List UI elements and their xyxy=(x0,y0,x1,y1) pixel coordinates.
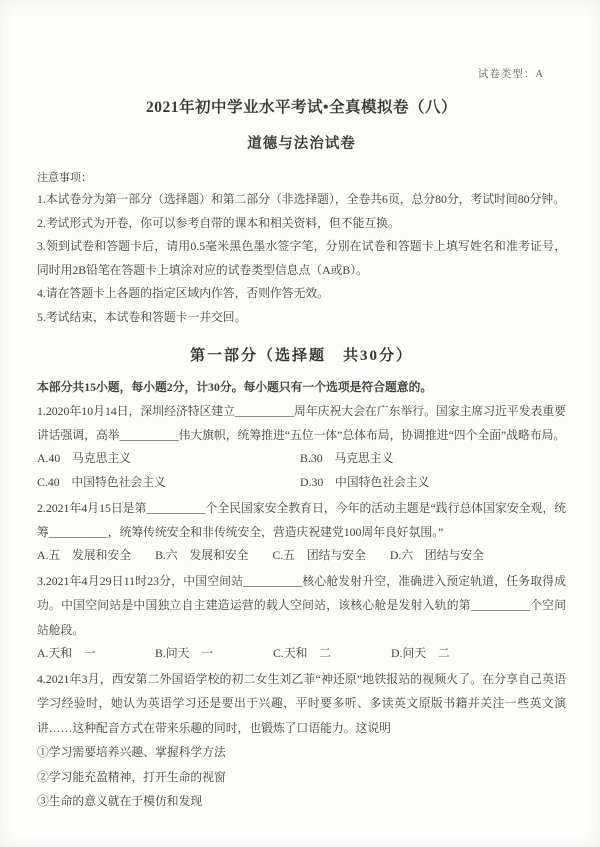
notice-heading: 注意事项： xyxy=(37,168,566,188)
notice-item-5: 5.考试结束，本试卷和答题卡一并交回。 xyxy=(37,306,566,330)
notice-item-2: 2.考试形式为开卷，你可以参考自带的课本和相关资料，但不能互换。 xyxy=(37,212,566,236)
question-2-option-a: A.五 发展和安全 xyxy=(37,544,131,568)
question-1-option-a: A.40 马克思主义 xyxy=(37,447,300,471)
section-note: 本部分共15小题，每小题2分，计30分。每小题只有一个选项是符合题意的。 xyxy=(37,376,566,398)
question-1-options: A.40 马克思主义 B.30 马克思主义 C.40 中国特色社会主义 D.30… xyxy=(37,447,566,494)
question-3-option-c: C.天和 二 xyxy=(273,642,391,666)
question-3-option-d: D.问天 二 xyxy=(391,642,509,666)
question-2-option-b: B.六 发展和安全 xyxy=(155,544,248,568)
question-4-stem: 4.2021年3月，西安第二外国语学校的初二女生刘乙菲“神还原”地铁报站的视频火… xyxy=(37,667,566,740)
notice-item-4: 4.请在答题卡上各题的指定区域内作答，否则作答无效。 xyxy=(37,282,566,306)
question-1-option-c: C.40 中国特色社会主义 xyxy=(37,471,300,495)
question-1-option-d: D.30 中国特色社会主义 xyxy=(300,471,566,495)
exam-paper-page: 试卷类型：A 2021年初中学业水平考试•全真模拟卷（八） 道德与法治试卷 注意… xyxy=(0,0,600,847)
question-3-options: A.天和 一 B.问天 一 C.天和 二 D.问天 二 xyxy=(37,642,566,666)
question-1-stem: 1.2020年10月14日，深圳经济特区建立__________周年庆祝大会在广… xyxy=(37,399,566,448)
question-4-subitem-2: ②学习能充盈精神，打开生命的视窗 xyxy=(37,765,566,790)
question-2-stem: 2.2021年4月15日是第__________个全民国家安全教育日，今年的活动… xyxy=(37,496,566,545)
question-2-options: A.五 发展和安全 B.六 发展和安全 C.五 团结与安全 D.六 团结与安全 xyxy=(37,544,566,568)
notice-item-1: 1.本试卷分为第一部分（选择题）和第二部分（非选择题），全卷共6页，总分80分，… xyxy=(37,188,566,212)
question-4-subitem-3: ③生命的意义就在于模仿和发现 xyxy=(37,789,566,814)
question-3-stem: 3.2021年4月29日11时23分，中国空间站__________核心舱发射升… xyxy=(37,569,566,642)
question-1-option-b: B.30 马克思主义 xyxy=(300,447,566,471)
notice-item-3: 3.领到试卷和答题卡后，请用0.5毫米黑色墨水签字笔，分别在试卷和答题卡上填写姓… xyxy=(37,235,566,282)
exam-subtitle: 道德与法治试卷 xyxy=(37,132,566,153)
question-2-option-d: D.六 团结与安全 xyxy=(390,544,484,568)
exam-title: 2021年初中学业水平考试•全真模拟卷（八） xyxy=(37,95,566,117)
question-3-option-b: B.问天 一 xyxy=(155,642,273,666)
question-4-subitem-1: ①学习需要培养兴趣、掌握科学方法 xyxy=(37,740,566,765)
section-heading: 第一部分（选择题 共30分） xyxy=(37,344,566,365)
question-3-option-a: A.天和 一 xyxy=(37,642,155,666)
paper-type-label: 试卷类型：A xyxy=(37,66,566,81)
exam-paper-content: 试卷类型：A 2021年初中学业水平考试•全真模拟卷（八） 道德与法治试卷 注意… xyxy=(0,0,600,814)
question-2-option-c: C.五 团结与安全 xyxy=(272,544,365,568)
